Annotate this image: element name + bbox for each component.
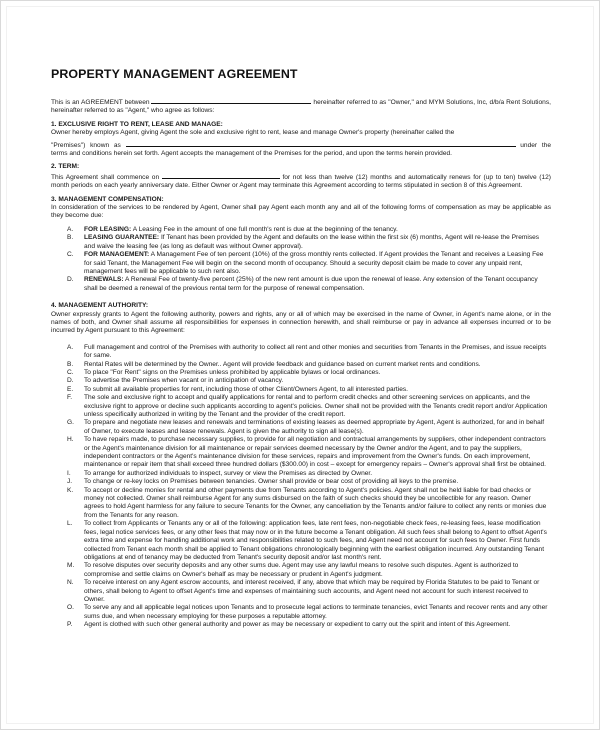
item-letter: K.: [51, 487, 84, 521]
authority-item: H.To have repairs made, to purchase nece…: [51, 436, 551, 470]
item-text: Agent is clothed with such other general…: [84, 621, 551, 629]
item-letter: G.: [51, 419, 84, 436]
document-body: PROPERTY MANAGEMENT AGREEMENT This is an…: [51, 67, 551, 635]
section-2-text-start: This Agreement shall commence on: [51, 174, 162, 181]
item-body: To submit all available properties for r…: [84, 386, 408, 393]
intro-text-start: This is an AGREEMENT between: [51, 99, 151, 106]
authority-list: A.Full management and control of the Pre…: [51, 344, 551, 630]
authority-item: D.To advertise the Premises when vacant …: [51, 377, 551, 385]
document-page: PROPERTY MANAGEMENT AGREEMENT This is an…: [0, 0, 600, 730]
authority-item: I.To arrange for authorized individuals …: [51, 470, 551, 478]
authority-item: P.Agent is clothed with such other gener…: [51, 621, 551, 629]
item-letter: B.: [51, 361, 84, 369]
item-body: To serve any and all applicable legal no…: [84, 604, 547, 619]
authority-item: B.Rental Rates will be determined by the…: [51, 361, 551, 369]
item-text: Rental Rates will be determined by the O…: [84, 361, 551, 369]
item-letter: L.: [51, 520, 84, 562]
item-letter: C.: [51, 251, 84, 276]
commence-date-blank[interactable]: [162, 172, 280, 179]
authority-item: K.To accept or decline monies for rental…: [51, 487, 551, 521]
section-4-text: Owner expressly grants to Agent the foll…: [51, 311, 551, 336]
item-text: RENEWALS: A Renewal Fee of twenty-five p…: [84, 276, 551, 293]
item-body: To have repairs made, to purchase necess…: [84, 436, 546, 468]
item-label: LEASING GUARANTEE:: [84, 234, 159, 241]
section-2-heading: 2. TERM:: [51, 163, 551, 171]
compensation-item: B.LEASING GUARANTEE: If Tenant has been …: [51, 234, 551, 251]
item-text: To arrange for authorized individuals to…: [84, 470, 551, 478]
section-1-text-start: "Premises") known as: [51, 142, 126, 149]
section-4-heading: 4. MANAGEMENT AUTHORITY:: [51, 302, 551, 310]
compensation-item: D.RENEWALS: A Renewal Fee of twenty-five…: [51, 276, 551, 293]
item-body: The sole and exclusive right to accept a…: [84, 394, 547, 418]
authority-item: G.To prepare and negotiate new leases an…: [51, 419, 551, 436]
item-body: To receive interest on any Agent escrow …: [84, 579, 539, 603]
section-1-line1: Owner hereby employs Agent, giving Agent…: [51, 129, 551, 137]
item-body: To resolve disputes over security deposi…: [84, 562, 518, 577]
section-3-text: In consideration of the services to be r…: [51, 204, 551, 221]
item-letter: E.: [51, 386, 84, 394]
item-letter: I.: [51, 470, 84, 478]
item-letter: A.: [51, 344, 84, 361]
item-body: To accept or decline monies for rental a…: [84, 487, 546, 519]
item-body: Agent is clothed with such other general…: [84, 621, 510, 628]
authority-item: L.To collect from Applicants or Tenants …: [51, 520, 551, 562]
owner-name-blank[interactable]: [151, 97, 311, 104]
item-text: To collect from Applicants or Tenants an…: [84, 520, 551, 562]
item-text: To accept or decline monies for rental a…: [84, 487, 551, 521]
item-text: To change or re-key locks on Premises be…: [84, 478, 551, 486]
item-letter: M.: [51, 562, 84, 579]
item-body: A Management Fee of ten percent (10%) of…: [84, 251, 543, 275]
item-body: Full management and control of the Premi…: [84, 344, 546, 359]
item-text: To prepare and negotiate new leases and …: [84, 419, 551, 436]
intro-paragraph: This is an AGREEMENT between hereinafter…: [51, 97, 551, 116]
item-text: To receive interest on any Agent escrow …: [84, 579, 551, 604]
item-body: Rental Rates will be determined by the O…: [84, 361, 481, 368]
compensation-list: A.FOR LEASING: A Leasing Fee in the amou…: [51, 226, 551, 293]
item-text: To submit all available properties for r…: [84, 386, 551, 394]
section-3-heading: 3. MANAGEMENT COMPENSATION:: [51, 196, 551, 204]
item-label: FOR LEASING:: [84, 226, 131, 233]
item-body: To change or re-key locks on Premises be…: [84, 478, 458, 485]
compensation-item: C.FOR MANAGEMENT: A Management Fee of te…: [51, 251, 551, 276]
item-body: To advertise the Premises when vacant or…: [84, 377, 283, 384]
item-text: To advertise the Premises when vacant or…: [84, 377, 551, 385]
authority-item: F.The sole and exclusive right to accept…: [51, 394, 551, 419]
item-body: To arrange for authorized individuals to…: [84, 470, 372, 477]
item-text: To resolve disputes over security deposi…: [84, 562, 551, 579]
item-letter: C.: [51, 369, 84, 377]
item-text: LEASING GUARANTEE: If Tenant has been pr…: [84, 234, 551, 251]
item-letter: P.: [51, 621, 84, 629]
item-letter: B.: [51, 234, 84, 251]
item-body: A Leasing Fee in the amount of one full …: [131, 226, 398, 233]
item-letter: O.: [51, 604, 84, 621]
item-text: To place "For Rent" signs on the Premise…: [84, 369, 551, 377]
document-title: PROPERTY MANAGEMENT AGREEMENT: [51, 67, 551, 82]
item-text: Full management and control of the Premi…: [84, 344, 551, 361]
authority-item: J.To change or re-key locks on Premises …: [51, 478, 551, 486]
item-body: To place "For Rent" signs on the Premise…: [84, 369, 380, 376]
section-1-heading: 1. EXCLUSIVE RIGHT TO RENT, LEASE AND MA…: [51, 121, 551, 129]
item-letter: D.: [51, 276, 84, 293]
item-letter: D.: [51, 377, 84, 385]
section-2-text: This Agreement shall commence on for not…: [51, 172, 551, 191]
item-letter: N.: [51, 579, 84, 604]
item-text: FOR MANAGEMENT: A Management Fee of ten …: [84, 251, 551, 276]
item-text: To serve any and all applicable legal no…: [84, 604, 551, 621]
item-letter: F.: [51, 394, 84, 419]
authority-item: O.To serve any and all applicable legal …: [51, 604, 551, 621]
authority-item: C.To place "For Rent" signs on the Premi…: [51, 369, 551, 377]
item-label: FOR MANAGEMENT:: [84, 251, 149, 258]
authority-item: M.To resolve disputes over security depo…: [51, 562, 551, 579]
compensation-item: A.FOR LEASING: A Leasing Fee in the amou…: [51, 226, 551, 234]
item-letter: H.: [51, 436, 84, 470]
section-1-text: "Premises") known as under the terms and…: [51, 140, 551, 159]
authority-item: N.To receive interest on any Agent escro…: [51, 579, 551, 604]
authority-item: A.Full management and control of the Pre…: [51, 344, 551, 361]
item-label: RENEWALS:: [84, 276, 124, 283]
item-text: FOR LEASING: A Leasing Fee in the amount…: [84, 226, 551, 234]
item-body: To prepare and negotiate new leases and …: [84, 419, 544, 434]
item-letter: A.: [51, 226, 84, 234]
item-text: To have repairs made, to purchase necess…: [84, 436, 551, 470]
item-body: To collect from Applicants or Tenants an…: [84, 520, 547, 561]
item-text: The sole and exclusive right to accept a…: [84, 394, 551, 419]
premises-blank[interactable]: [126, 140, 516, 147]
item-body: A Renewal Fee of twenty-five percent (25…: [84, 276, 538, 291]
authority-item: E.To submit all available properties for…: [51, 386, 551, 394]
item-letter: J.: [51, 478, 84, 486]
